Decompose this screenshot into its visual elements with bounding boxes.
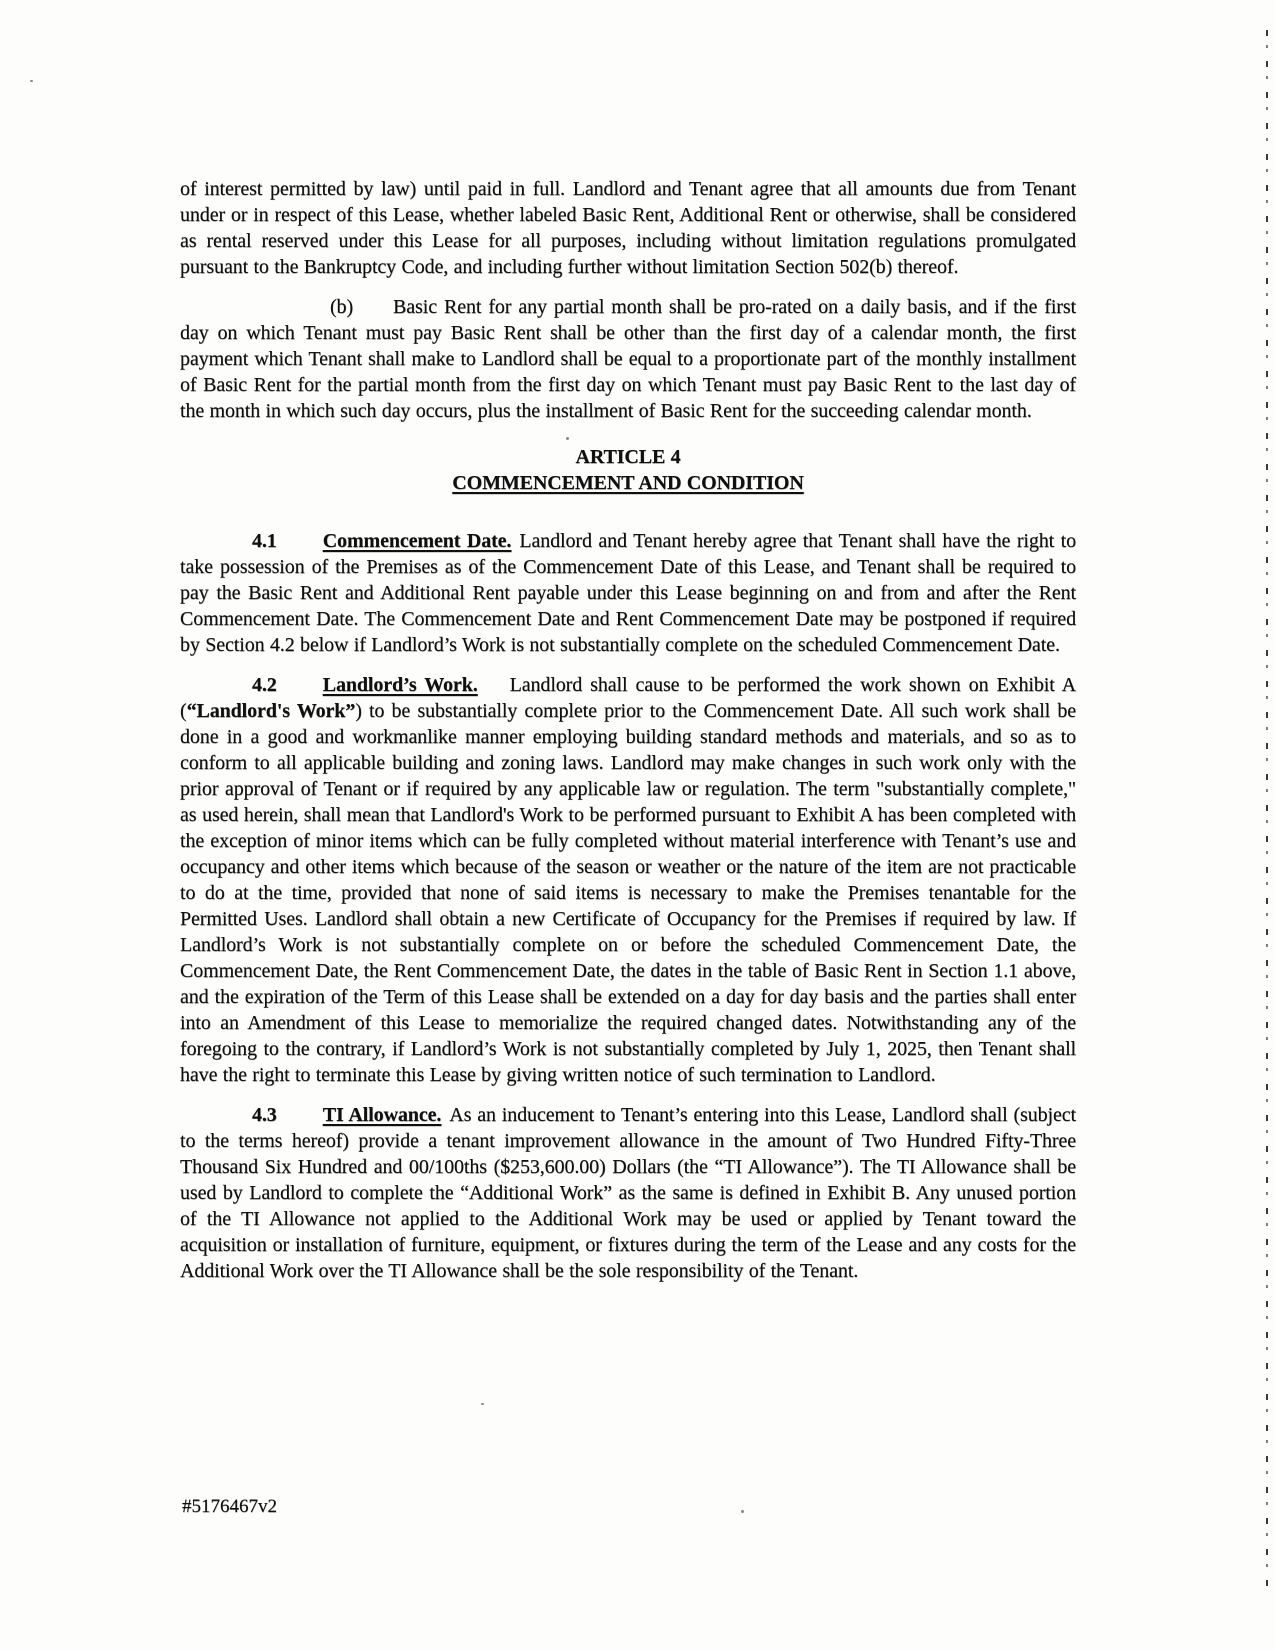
- scan-speck: [741, 1510, 744, 1513]
- section-4-2-title: Landlord’s Work.: [323, 674, 478, 696]
- section-4-1-body: Landlord and Tenant hereby agree that Te…: [180, 530, 1076, 656]
- section-4-2-number: 4.2: [252, 674, 277, 696]
- paragraph-continuation-text: of interest permitted by law) until paid…: [180, 178, 1076, 278]
- scan-speck: [566, 437, 569, 440]
- paragraph-b-text: Basic Rent for any partial month shall b…: [180, 296, 1076, 422]
- section-4-2: 4.2Landlord’s Work.Landlord shall cause …: [180, 672, 1076, 1088]
- article-title: COMMENCEMENT AND CONDITION: [180, 470, 1076, 496]
- document-number-footer: #5176467v2: [182, 1496, 277, 1518]
- section-4-3-body: As an inducement to Tenant’s entering in…: [180, 1104, 1076, 1282]
- lease-text-block: of interest permitted by law) until paid…: [180, 176, 1076, 1298]
- section-4-3-number: 4.3: [252, 1104, 277, 1126]
- article-heading: ARTICLE 4 COMMENCEMENT AND CONDITION: [180, 444, 1076, 496]
- section-4-1: 4.1Commencement Date.Landlord and Tenant…: [180, 528, 1076, 658]
- paragraph-continuation: of interest permitted by law) until paid…: [180, 176, 1076, 280]
- paragraph-b: (b)Basic Rent for any partial month shal…: [180, 294, 1076, 424]
- scan-artifact-line: [1266, 30, 1268, 1595]
- document-page: of interest permitted by law) until paid…: [0, 0, 1275, 1650]
- section-4-1-number: 4.1: [252, 530, 277, 552]
- section-4-3-title: TI Allowance.: [323, 1104, 442, 1126]
- scan-speck: [481, 1403, 484, 1405]
- paragraph-b-label: (b): [330, 296, 353, 318]
- section-4-2-body-post: ) to be substantially complete prior to …: [180, 700, 1076, 1086]
- landlords-work-defined-term: “Landlord's Work”: [187, 700, 356, 722]
- scan-speck: [30, 80, 33, 82]
- section-4-3: 4.3TI Allowance.As an inducement to Tena…: [180, 1102, 1076, 1284]
- article-number: ARTICLE 4: [180, 444, 1076, 470]
- section-4-1-title: Commencement Date.: [323, 530, 512, 552]
